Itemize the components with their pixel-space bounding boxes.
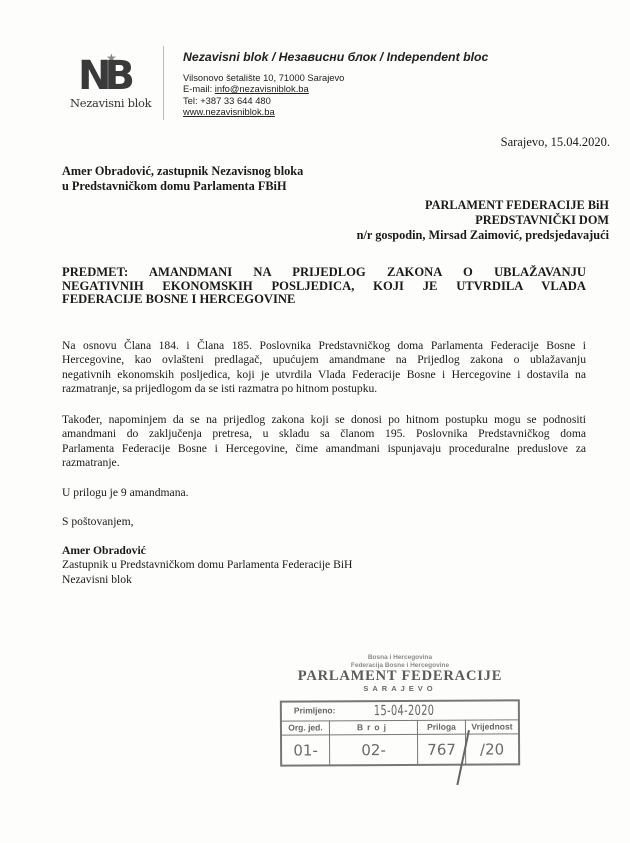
paragraph-line: Hercegovine, kao ovlašteni predlagač, up… [62, 353, 586, 367]
sender-line: Amer Obradović, zastupnik Nezavisnog blo… [62, 164, 303, 179]
recipient-line: PARLAMENT FEDERACIJE BiH [357, 198, 609, 213]
body-paragraph-2: Također, napominjem da se na prijedlog z… [62, 413, 586, 470]
subject-line: PREDMET: AMANDMANI NA PRIJEDLOG ZAKONA O… [62, 266, 586, 280]
sender-block: Amer Obradović, zastupnik Nezavisnog blo… [62, 164, 303, 194]
address: Vilsonovo šetalište 10, 71000 Sarajevo [183, 72, 344, 83]
stamp-column-header: Broj [330, 720, 418, 735]
recipient-line: PREDSTAVNIČKI DOM [357, 213, 609, 228]
stamp-country: Bosna i Hercegovina [280, 654, 520, 662]
recipient-line: n/r gospodin, Mirsad Zaimović, predsjeda… [357, 228, 609, 243]
paragraph-line: negativnih ekonomskih posljedica, koji j… [62, 368, 586, 382]
stamp-column-header: Org. jed. [282, 720, 330, 735]
stamp-column-header: Vrijednost [466, 719, 518, 734]
stamp-value-number: 02- [330, 735, 418, 765]
email-label: E-mail: [183, 83, 215, 94]
stamp-received-date: 15-04-2020 [374, 703, 435, 719]
nezavisni-blok-logo: ★ NB Nezavisni blok [70, 50, 158, 120]
stamp-value-value: /20 [466, 734, 518, 764]
letterhead-contact: Vilsonovo šetalište 10, 71000 Sarajevo E… [183, 72, 344, 117]
logo-mark: NB [78, 54, 128, 98]
signatory-party: Nezavisni blok [62, 573, 352, 587]
website-link[interactable]: www.nezavisniblok.ba [183, 106, 344, 117]
email-link[interactable]: info@nezavisniblok.ba [215, 83, 309, 94]
paragraph-line: Parlamenta Federacije Bosne i Hercegovin… [62, 442, 586, 456]
subject-line: FEDERACIJE BOSNE I HERCEGOVINE [62, 293, 586, 307]
stamp-city: SARAJEVO [280, 684, 520, 693]
subject-line: NEGATIVNIH EKONOMSKIH POSLJEDICA, KOJI J… [62, 280, 586, 294]
paragraph-line: Na osnovu Člana 184. i Člana 185. Poslov… [62, 339, 586, 353]
signatory-name: Amer Obradović [62, 544, 352, 558]
stamp-value-attachments: 767 [418, 735, 466, 765]
subject: PREDMET: AMANDMANI NA PRIJEDLOG ZAKONA O… [62, 266, 586, 307]
stamp-institution: PARLAMENT FEDERACIJE [280, 669, 520, 684]
paragraph-line: razmatranje, sa prijedlogom da se isti r… [62, 382, 586, 396]
stamp-value-org-unit: 01- [282, 735, 330, 765]
paragraph-line: amandmani do zaključenja pretresa, u skl… [62, 427, 586, 441]
sender-line: u Predstavničkom domu Parlamenta FBiH [62, 179, 303, 194]
email-line: E-mail: info@nezavisniblok.ba [183, 83, 344, 94]
paragraph-line: razmatranje. [62, 456, 586, 470]
letter-date: Sarajevo, 15.04.2020. [501, 135, 610, 150]
letterhead-title: Nezavisni blok / Независни блок / Indepe… [183, 50, 488, 64]
paragraph-line: Također, napominjem da se na prijedlog z… [62, 413, 586, 427]
stamp-received-label: Primljeno: [294, 705, 336, 715]
logo-text: Nezavisni blok [70, 96, 162, 110]
attachment-note: U prilogu je 9 amandmana. [62, 486, 189, 499]
body-paragraph-1: Na osnovu Člana 184. i Člana 185. Poslov… [62, 339, 586, 396]
telephone: Tel: +387 33 644 480 [183, 95, 344, 106]
signature-block: Amer Obradović Zastupnik u Predstavničko… [62, 544, 352, 587]
stamp-column-header: Priloga [418, 720, 466, 735]
closing: S poštovanjem, [62, 515, 134, 528]
reception-stamp-header: Bosna i Hercegovina Federacija Bosne i H… [280, 654, 520, 693]
letterhead-divider [163, 46, 164, 120]
signatory-title: Zastupnik u Predstavničkom domu Parlamen… [62, 558, 352, 572]
reception-stamp: Primljeno: 15-04-2020 Org. jed. Broj Pri… [280, 699, 520, 766]
recipient-block: PARLAMENT FEDERACIJE BiH PREDSTAVNIČKI D… [357, 198, 609, 243]
